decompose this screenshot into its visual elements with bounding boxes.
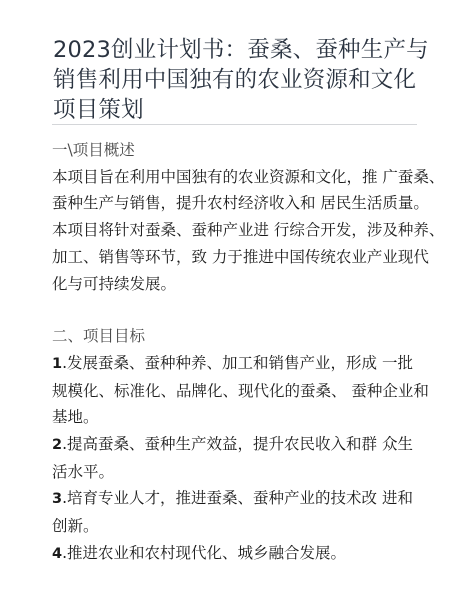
goal-line: 3.培育专业人才，推进蚕桑、蚕种产业的技术改 进和 [52, 485, 442, 513]
goal-text: .培育专业人才，推进蚕桑、蚕种产业的技术改 进和 [62, 489, 413, 507]
paragraph-line: 蚕种生产与销售，提升农村经济收入和 居民生活质量。 [52, 190, 442, 217]
section-goals: 二、项目目标 1.发展蚕桑、蚕种种养、加工和销售产业，形成 一批 规模化、标准化… [52, 323, 442, 567]
title-divider [52, 124, 417, 125]
goal-line: 2.提高蚕桑、蚕种生产效益，提升农民收入和群 众生 [52, 431, 442, 459]
goal-line: 创新。 [52, 513, 442, 540]
goal-text: .推进农业和农村现代化、城乡融合发展。 [62, 544, 346, 562]
document-page: 2023创业计划书：蚕桑、蚕种生产与 销售利用中国独有的农业资源和文化 项目策划… [0, 0, 465, 600]
goal-text: .提高蚕桑、蚕种生产效益，提升农民收入和群 众生 [62, 435, 413, 453]
section-heading: 一\项目概述 [52, 137, 442, 164]
goal-line: 基地。 [52, 404, 442, 431]
goal-item: 3.培育专业人才，推进蚕桑、蚕种产业的技术改 进和 创新。 [52, 485, 442, 539]
section-overview: 一\项目概述 本项目旨在利用中国独有的农业资源和文化，推 广蚕桑、 蚕种生产与销… [52, 137, 442, 297]
paragraph-line: 本项目旨在利用中国独有的农业资源和文化，推 广蚕桑、 [52, 164, 442, 191]
goal-number: 4 [52, 546, 62, 562]
goal-line: 4.推进农业和农村现代化、城乡融合发展。 [52, 540, 442, 568]
section-spacer [52, 297, 442, 323]
goal-number: 1 [52, 356, 62, 372]
goal-text: .发展蚕桑、蚕种种养、加工和销售产业，形成 一批 [62, 354, 413, 372]
document-body: 一\项目概述 本项目旨在利用中国独有的农业资源和文化，推 广蚕桑、 蚕种生产与销… [52, 137, 442, 568]
title-line: 销售利用中国独有的农业资源和文化 [53, 65, 433, 95]
goal-item: 4.推进农业和农村现代化、城乡融合发展。 [52, 540, 442, 568]
paragraph-line: 本项目将针对蚕桑、蚕种产业进 行综合开发，涉及种养、 [52, 217, 442, 244]
title-line: 项目策划 [53, 95, 433, 125]
goal-number: 2 [52, 437, 62, 453]
title-line: 2023创业计划书：蚕桑、蚕种生产与 [53, 35, 433, 65]
page-title: 2023创业计划书：蚕桑、蚕种生产与 销售利用中国独有的农业资源和文化 项目策划 [53, 35, 433, 125]
goal-item: 1.发展蚕桑、蚕种种养、加工和销售产业，形成 一批 规模化、标准化、品牌化、现代… [52, 350, 442, 431]
goal-item: 2.提高蚕桑、蚕种生产效益，提升农民收入和群 众生 活水平。 [52, 431, 442, 485]
paragraph-line: 化与可持续发展。 [52, 271, 442, 298]
goal-number: 3 [52, 491, 62, 507]
goal-line: 活水平。 [52, 459, 442, 486]
section-heading: 二、项目目标 [52, 323, 442, 350]
paragraph-line: 加工、销售等环节，致 力于推进中国传统农业产业现代 [52, 244, 442, 271]
goal-line: 1.发展蚕桑、蚕种种养、加工和销售产业，形成 一批 [52, 350, 442, 378]
goal-line: 规模化、标准化、品牌化、现代化的蚕桑、 蚕种企业和 [52, 378, 442, 405]
